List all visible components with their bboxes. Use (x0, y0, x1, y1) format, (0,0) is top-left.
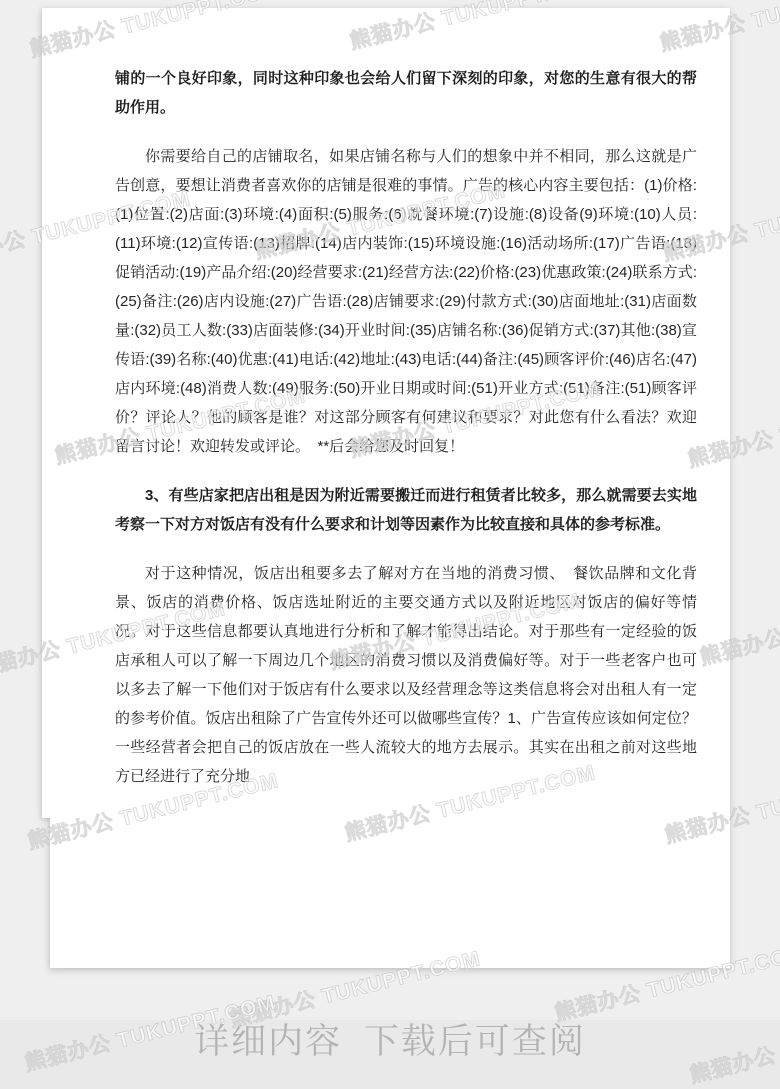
document-page-1: 铺的一个良好印象，同时这种印象也会给人们留下深刻的印象，对您的生意有很大的帮助作… (42, 8, 730, 818)
paragraph: 你需要给自己的店铺取名，如果店铺名称与人们的想象中并不相同，那么这就是广告创意，… (115, 142, 697, 461)
download-notice: 详细内容 下载后可查阅 (194, 1022, 586, 1062)
paragraph: 对于这种情况，饭店出租要多去了解对方在当地的消费习惯、 餐饮品牌和文化背景、饭店… (115, 559, 697, 791)
document-preview: 铺的一个良好印象，同时这种印象也会给人们留下深刻的印象，对您的生意有很大的帮助作… (0, 0, 780, 1089)
document-body: 铺的一个良好印象，同时这种印象也会给人们留下深刻的印象，对您的生意有很大的帮助作… (42, 8, 730, 791)
document-sheets: 铺的一个良好印象，同时这种印象也会给人们留下深刻的印象，对您的生意有很大的帮助作… (0, 0, 780, 1089)
document-page-2 (50, 818, 730, 968)
paragraph: 铺的一个良好印象，同时这种印象也会给人们留下深刻的印象，对您的生意有很大的帮助作… (115, 64, 697, 122)
footer-bar: 详细内容 下载后可查阅 (0, 1020, 780, 1089)
paragraph: 3、有些店家把店出租是因为附近需要搬迁而进行租赁者比较多，那么就需要去实地考察一… (115, 481, 697, 539)
